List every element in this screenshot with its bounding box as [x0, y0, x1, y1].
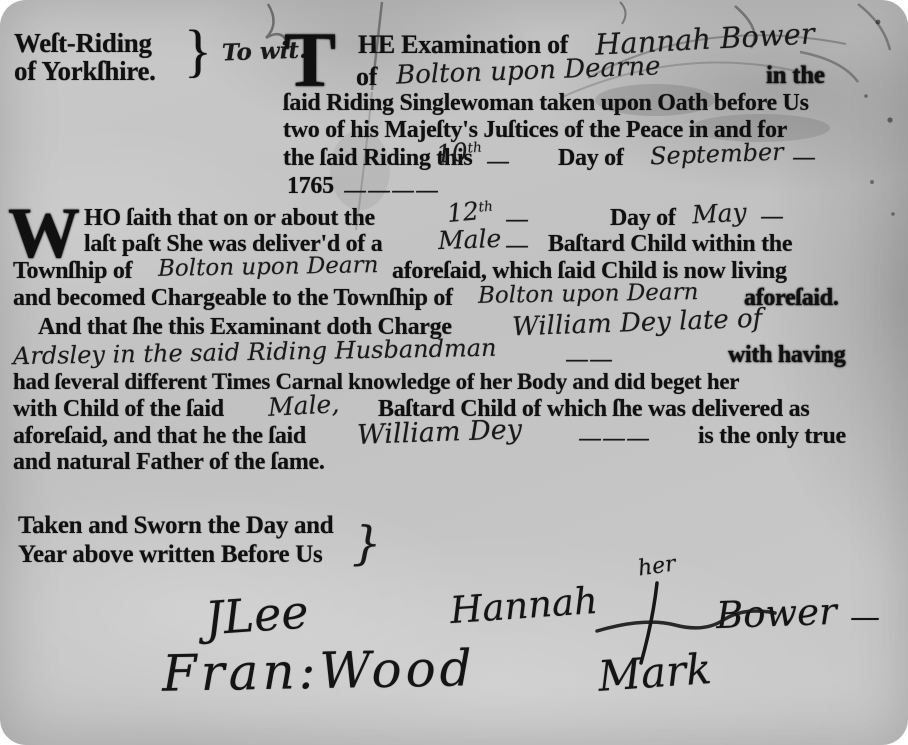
- p2-birth-day: 12th: [446, 195, 495, 228]
- p1-line2-end: in the: [766, 62, 825, 90]
- dropcap-T: T: [284, 28, 336, 92]
- deponent-first-name: Hannah: [449, 579, 600, 632]
- p3-line5-print: aforeſaid, and that he the ſaid: [13, 423, 306, 450]
- justice-signature-2: Fran:Wood: [162, 639, 477, 702]
- p2-township-2: Bolton upon Dearn: [478, 279, 699, 309]
- p2-line1-print: HO ſaith that on or about the: [84, 205, 375, 232]
- jurisdiction-brace: }: [184, 22, 212, 80]
- p1-line5-mid: Day of: [558, 145, 624, 172]
- p2-child-sex-dash: —: [505, 231, 529, 259]
- p2-line2-end: Baſtard Child within the: [548, 231, 792, 258]
- p2-line3-print: Townſhip of: [13, 258, 132, 285]
- deponent-last-name: Bower: [715, 590, 837, 637]
- p1-line2-print: of: [356, 62, 377, 92]
- dropcap-W: W: [8, 204, 80, 263]
- p3-father-name-dash: ———: [578, 424, 650, 452]
- p3-line6: and natural Father of the ſame.: [13, 449, 325, 476]
- p1-exam-day-num: 10: [435, 137, 469, 169]
- p2-township-1: Bolton upon Dearn: [158, 252, 379, 282]
- mark-label: Mark: [596, 644, 713, 701]
- p2-birth-month-dash: —: [760, 202, 784, 230]
- p1-exam-month-dash: —: [792, 143, 816, 171]
- p1-exam-month: September: [650, 138, 785, 171]
- p1-exam-day: 10th: [435, 136, 484, 169]
- county-line-1: Weſt-Riding: [14, 28, 152, 59]
- p2-birth-day-suffix: th: [478, 198, 494, 215]
- p1-year: 1765: [287, 173, 334, 200]
- bower-flourish: —: [850, 600, 880, 635]
- p1-year-dash: ————: [343, 176, 439, 204]
- p2-line4-print: and becomed Chargeable to the Townſhip o…: [13, 285, 453, 312]
- p3-line4-print: with Child of the ſaid: [13, 396, 224, 423]
- her-label: her: [636, 551, 677, 581]
- p1-line3: ſaid Riding Singlewoman taken upon Oath …: [283, 90, 809, 117]
- p1-exam-day-dash: —: [486, 147, 510, 175]
- p3-line5-end: is the only true: [698, 423, 846, 450]
- county-line-2: of Yorkſhire.: [14, 56, 156, 87]
- closing-line-1: Taken and Sworn the Day and: [18, 512, 333, 540]
- p2-birth-day-num: 12: [446, 196, 480, 228]
- p2-line1-mid: Day of: [610, 205, 676, 232]
- document-scan: Weſt-Riding of Yorkſhire. } To wit. T HE…: [0, 0, 908, 745]
- p3-line3: had ſeveral different Times Carnal knowl…: [13, 369, 739, 395]
- closing-line-2: Year above written Before Us: [18, 541, 323, 569]
- p3-father-name-1: William Dey late of: [512, 304, 763, 343]
- p2-birth-day-dash: —: [505, 205, 529, 233]
- justice-signature-1: JLee: [203, 584, 310, 645]
- p3-child-sex: Male,: [267, 389, 340, 422]
- p1-exam-day-suffix: th: [467, 139, 483, 156]
- p2-child-sex: Male: [438, 224, 502, 255]
- closing-brace: }: [352, 520, 381, 566]
- p2-birth-month: May: [691, 198, 747, 230]
- p3-father-name-2: William Dey: [357, 414, 523, 451]
- p3-line2-end: with having: [728, 342, 845, 369]
